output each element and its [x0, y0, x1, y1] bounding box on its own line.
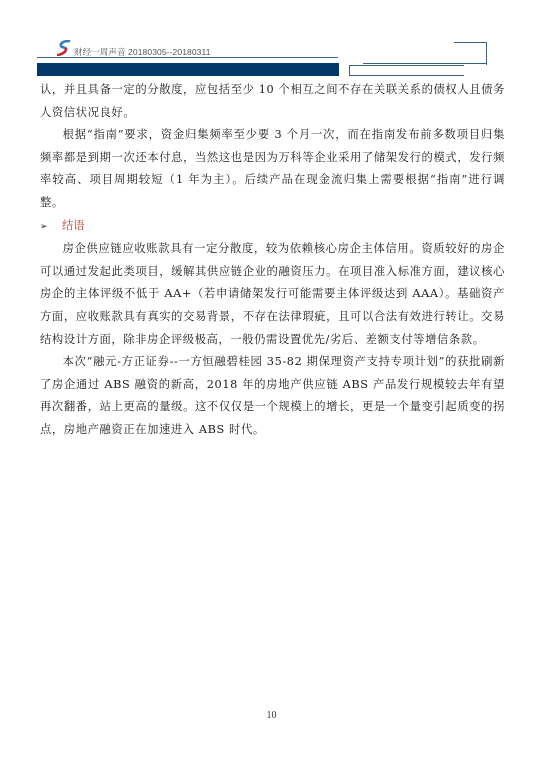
paragraph-continuation: 认，并且具备一定的分散度，应包括至少 10 个相互之间不存在关联关系的债权人且债… — [40, 79, 505, 124]
document-body: 认，并且具备一定的分散度，应包括至少 10 个相互之间不存在关联关系的债权人且债… — [40, 79, 505, 442]
publication-logo-icon — [57, 40, 71, 56]
paragraph-conclusion-2: 本次“融元-方正证券--一方恒融碧桂园 35-82 期保理资产支持专项计划”的获… — [40, 351, 505, 441]
header-decoration-bracket-bottom — [349, 65, 464, 76]
header-band — [37, 63, 339, 76]
section-heading: ➢结语 — [40, 215, 505, 239]
header-divider — [37, 57, 338, 58]
arrow-bullet-icon: ➢ — [40, 216, 62, 239]
page-header: 财经一周声音 20180305--20180311 — [0, 0, 543, 80]
page-number: 10 — [0, 710, 543, 721]
header-decoration-line — [363, 63, 486, 64]
paragraph-conclusion-1: 房企供应链应收账款具有一定分散度，较为依赖核心房企主体信用。资质较好的房企可以通… — [40, 238, 505, 351]
paragraph-guideline: 根据“指南”要求，资金归集频率至少要 3 个月一次，而在指南发布前多数项目归集频… — [40, 124, 505, 214]
section-heading-text: 结语 — [62, 219, 85, 232]
header-decoration-bracket-top — [454, 42, 487, 65]
